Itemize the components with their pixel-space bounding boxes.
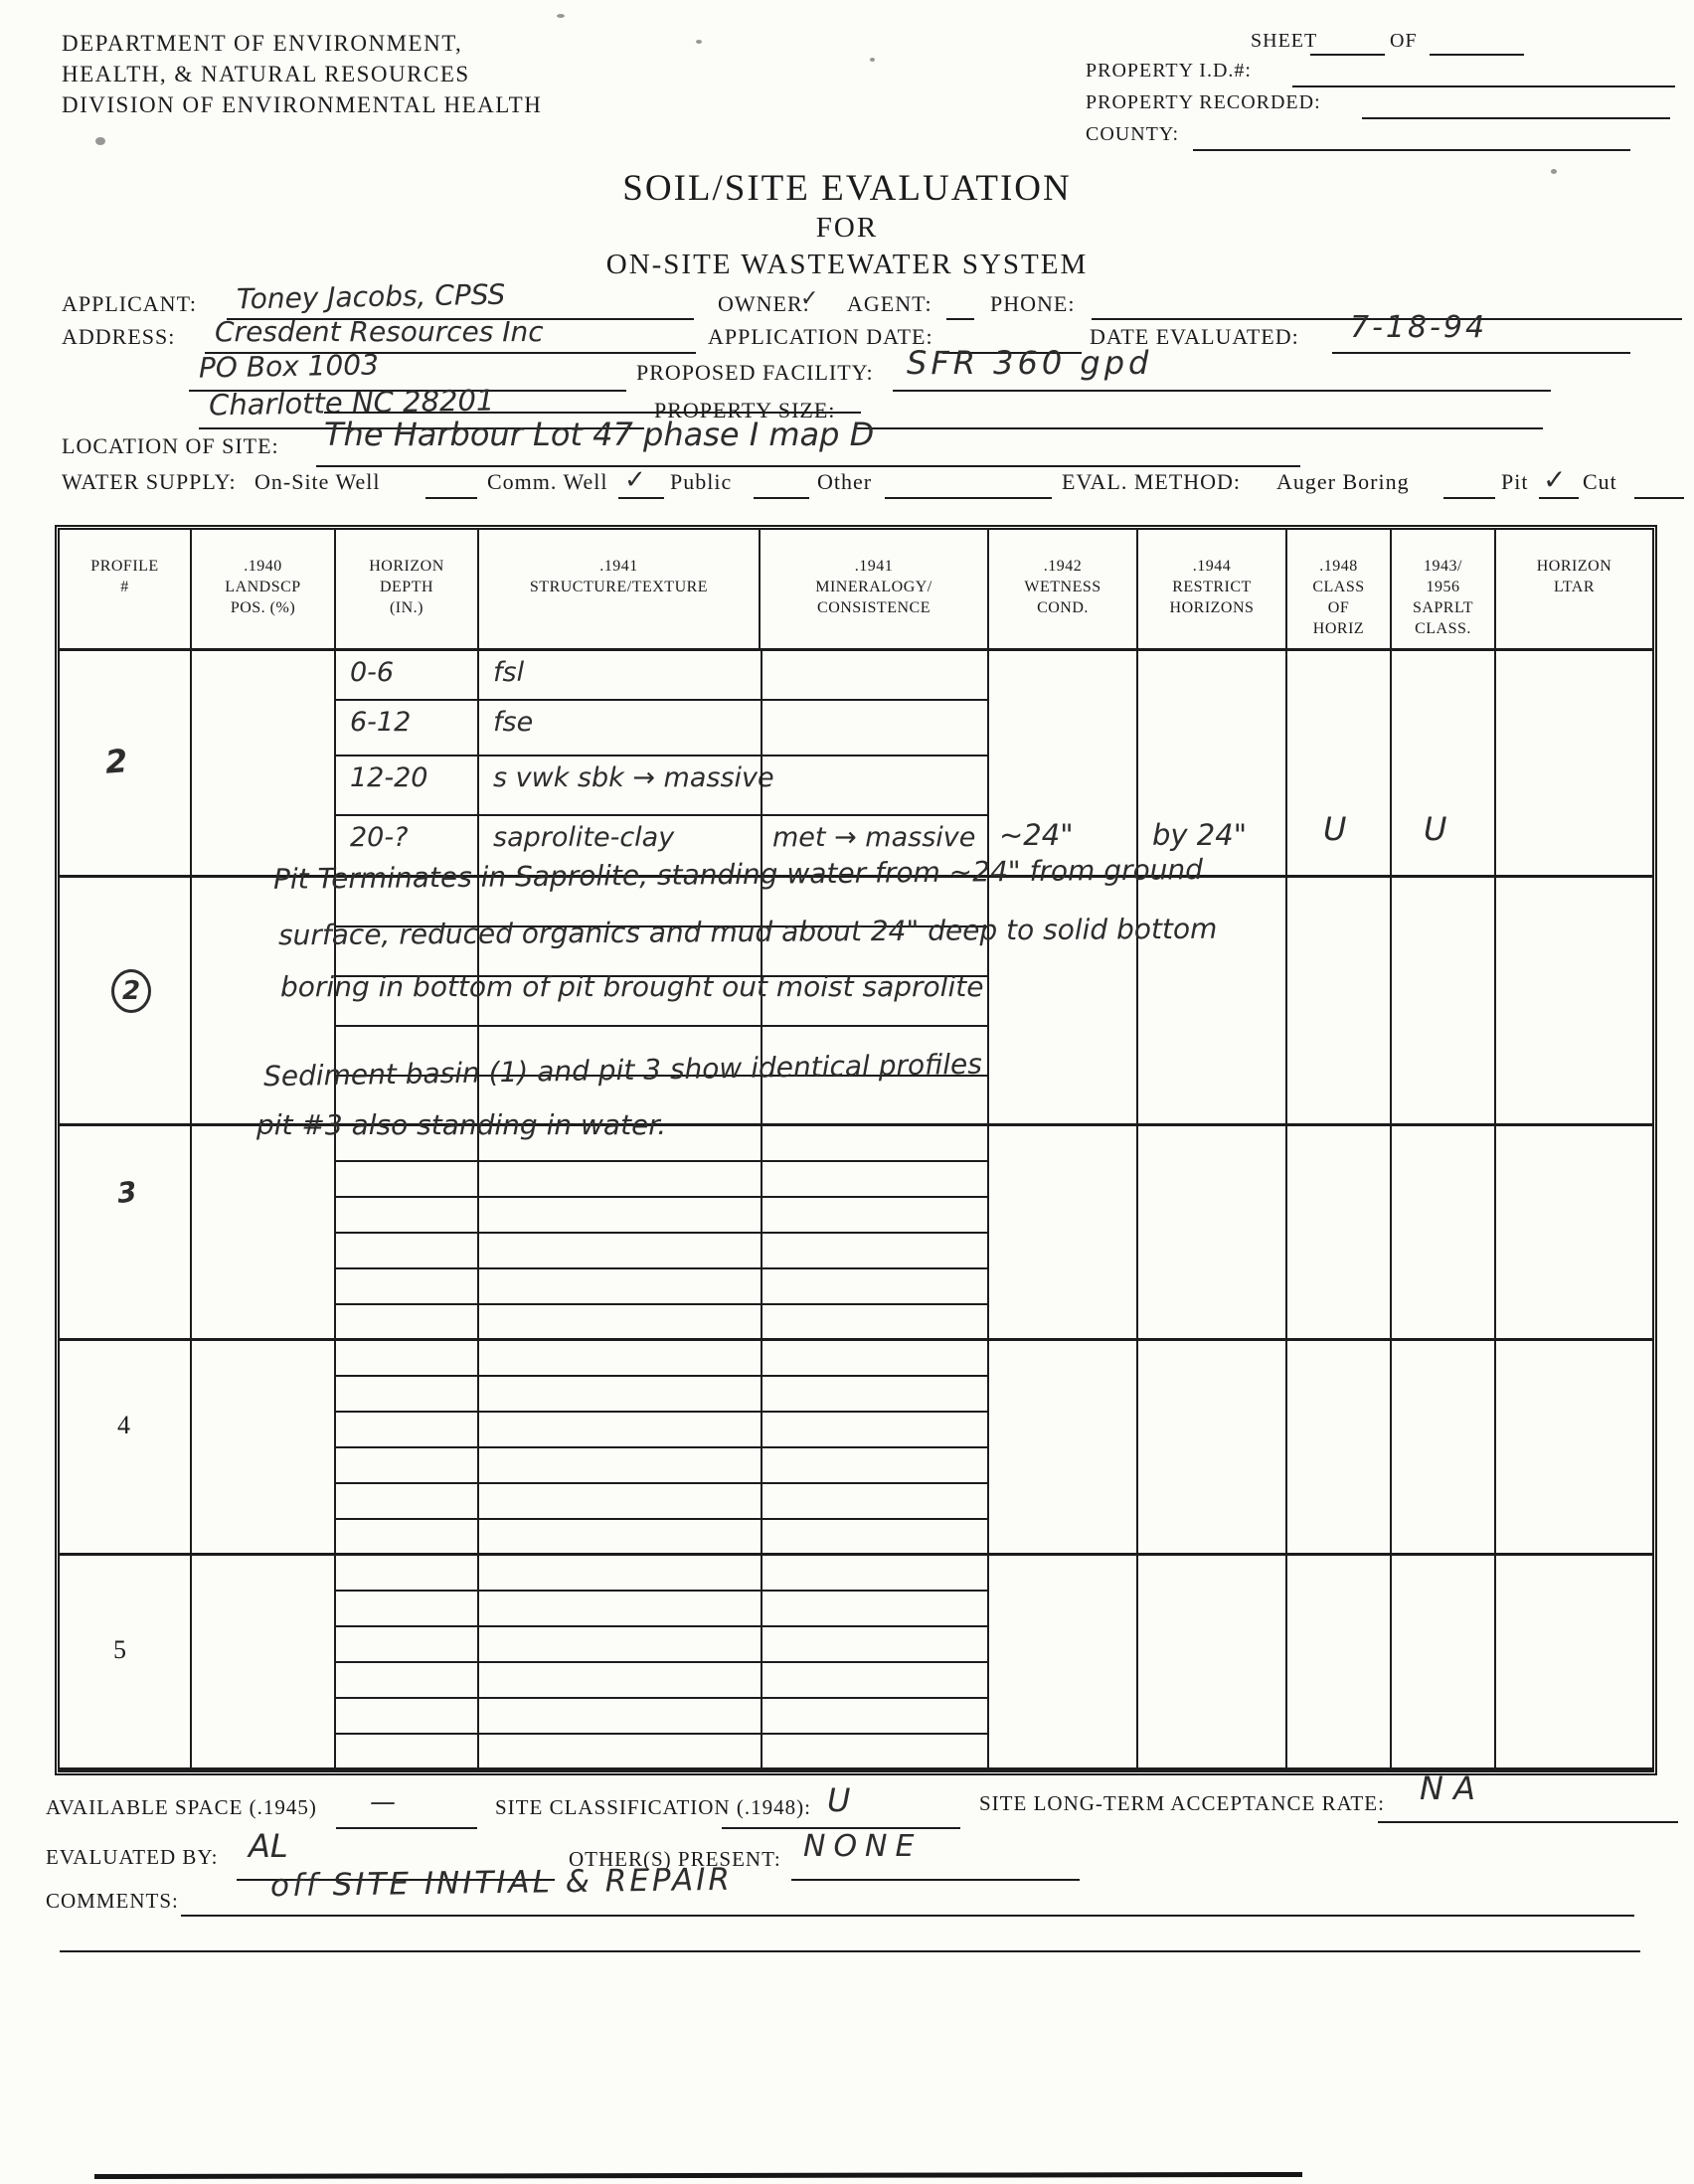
property-size-blank	[857, 427, 1543, 429]
profile-2-class-cell	[1287, 878, 1392, 1123]
table-header-row: PROFILE # .1940 LANDSCP POS. (%) HORIZON…	[60, 530, 1652, 651]
col-header-restrict: .1944 RESTRICT HORIZONS	[1138, 530, 1287, 648]
depth-value: 12-20	[350, 762, 427, 793]
profile-block-5: 5	[60, 1556, 1652, 1770]
profile-2-saprolite-cell	[1392, 878, 1496, 1123]
applicant-label: APPLICANT:	[62, 291, 197, 317]
comments-blank	[181, 1915, 1634, 1917]
onsite-well-blank	[425, 497, 477, 499]
profile-5-saprolite-cell	[1392, 1556, 1496, 1767]
profile-number: 2	[104, 742, 129, 780]
scanned-soil-evaluation-form: DEPARTMENT OF ENVIRONMENT, HEALTH, & NAT…	[0, 0, 1694, 2184]
scan-speck	[696, 40, 702, 44]
comm-well-label: Comm. Well	[487, 469, 608, 495]
profile-5-ltar-cell	[1496, 1556, 1652, 1767]
pit-label: Pit	[1501, 469, 1528, 495]
col-header-saprolite: 1943/ 1956 SAPRLT CLASS.	[1392, 530, 1496, 648]
property-recorded-blank	[1362, 117, 1670, 119]
profile-5-wetness-cell	[989, 1556, 1138, 1767]
water-supply-label: WATER SUPPLY:	[62, 469, 237, 495]
agent-blank	[946, 318, 974, 320]
profile-3-landscape-cell	[192, 1126, 336, 1338]
agency-line: DIVISION OF ENVIRONMENTAL HEALTH	[62, 89, 542, 120]
stray-line	[324, 412, 861, 414]
pit-blank	[1539, 497, 1579, 499]
form-title: SOIL/SITE EVALUATION	[0, 167, 1694, 210]
property-id-blank	[1292, 85, 1675, 87]
scan-speck	[870, 58, 875, 62]
auger-boring-label: Auger Boring	[1276, 469, 1410, 495]
saprolite-class-value: U	[1424, 810, 1446, 848]
proposed-facility-label: PROPOSED FACILITY:	[636, 360, 874, 386]
comments-value: off SITE INITIAL & REPAIR	[270, 1862, 733, 1904]
profile-1-landscape-cell	[192, 651, 336, 875]
date-evaluated-blank	[1332, 352, 1630, 354]
evaluated-by-label: EVALUATED BY:	[46, 1845, 218, 1870]
profile-3-ltar-cell	[1496, 1126, 1652, 1338]
boring-note: boring in bottom of pit brought out mois…	[280, 970, 983, 1003]
profile-3-saprolite-cell	[1392, 1126, 1496, 1338]
proposed-facility-blank	[893, 390, 1551, 392]
public-label: Public	[670, 469, 732, 495]
scan-edge-artifact	[94, 2172, 1302, 2179]
soil-profile-table: PROFILE # .1940 LANDSCP POS. (%) HORIZON…	[55, 525, 1657, 1775]
form-title-system: ON-SITE WASTEWATER SYSTEM	[0, 249, 1694, 281]
profile-5-number-cell: 5	[60, 1556, 192, 1767]
profile-block-3: 3	[60, 1126, 1652, 1341]
sheet-blank	[1310, 54, 1385, 56]
profile-1-class-cell: U	[1287, 651, 1392, 875]
profile-1-wetness-cell: ~24"	[989, 651, 1138, 875]
sheet-line: SHEET	[1251, 30, 1317, 53]
proposed-facility-value: SFR 360 gpd	[907, 344, 1152, 382]
horizon-row: 0-6 fsl	[336, 651, 987, 701]
comm-well-blank	[618, 497, 664, 499]
profile-5-restrict-cell	[1138, 1556, 1287, 1767]
other-blank	[885, 497, 1052, 499]
cut-blank	[1634, 497, 1684, 499]
profile-4-ltar-cell	[1496, 1341, 1652, 1553]
comm-well-mark: ✓	[624, 465, 646, 495]
col-header-mineralogy: .1941 MINERALOGY/ CONSISTENCE	[761, 530, 989, 648]
ltar-value: N A	[1420, 1769, 1475, 1807]
structure-value: fsl	[493, 657, 524, 688]
others-present-blank	[791, 1879, 1080, 1881]
ltar-blank	[1378, 1821, 1678, 1823]
ltar-label: SITE LONG-TERM ACCEPTANCE RATE:	[979, 1791, 1385, 1816]
agency-block: DEPARTMENT OF ENVIRONMENT, HEALTH, & NAT…	[62, 28, 542, 120]
owner-mark: ✓	[800, 286, 818, 311]
applicant-value: Toney Jacobs, CPSS	[237, 278, 506, 316]
scan-speck	[95, 137, 105, 145]
profile-4-wetness-cell	[989, 1341, 1138, 1553]
profile-number: 3	[115, 1175, 138, 1210]
col-header-structure: .1941 STRUCTURE/TEXTURE	[479, 530, 761, 648]
location-blank	[316, 465, 1300, 467]
pit3-note: pit #3 also standing in water.	[256, 1108, 666, 1141]
depth-value: 0-6	[350, 657, 394, 688]
other-label: Other	[817, 469, 872, 495]
wetness-value: ~24"	[999, 818, 1074, 852]
available-space-label: AVAILABLE SPACE (.1945)	[46, 1795, 317, 1820]
structure-value: saprolite-clay	[493, 822, 674, 853]
profile-4-horizon-rows	[336, 1341, 989, 1553]
profile-2-number-cell: 2	[60, 878, 192, 1123]
county-blank	[1193, 149, 1630, 151]
form-title-for: FOR	[0, 212, 1694, 245]
depth-value: 6-12	[350, 707, 411, 738]
site-classification-value: U	[827, 1781, 850, 1819]
available-space-value: —	[370, 1787, 396, 1817]
col-header-profile: PROFILE #	[60, 530, 192, 648]
comments-label: COMMENTS:	[46, 1889, 179, 1914]
profile-number: 5	[113, 1635, 127, 1665]
property-recorded-label: PROPERTY RECORDED:	[1086, 91, 1321, 114]
comments-blank-2	[60, 1950, 1640, 1952]
location-value: The Harbour Lot 47 phase I map D	[324, 416, 874, 453]
col-header-wetness: .1942 WETNESS COND.	[989, 530, 1138, 648]
horizon-row: 12-20 s vwk sbk → massive	[336, 756, 987, 816]
agency-line: HEALTH, & NATURAL RESOURCES	[62, 59, 542, 89]
phone-label: PHONE:	[990, 291, 1075, 317]
profile-3-horizon-rows	[336, 1126, 989, 1338]
mineralogy-value: met → massive	[772, 822, 975, 853]
profile-1-ltar-cell	[1496, 651, 1652, 875]
onsite-well-label: On-Site Well	[254, 469, 381, 495]
location-label: LOCATION OF SITE:	[62, 433, 279, 459]
profile-5-landscape-cell	[192, 1556, 336, 1767]
depth-value: 20-?	[350, 822, 408, 853]
profile-1-number-cell: 2	[60, 651, 192, 875]
profile-3-class-cell	[1287, 1126, 1392, 1338]
property-id-label: PROPERTY I.D.#:	[1086, 60, 1252, 83]
evaluated-by-value: AL	[249, 1827, 288, 1865]
profile-3-wetness-cell	[989, 1126, 1138, 1338]
col-header-ltar: HORIZON LTAR	[1496, 530, 1652, 648]
profile-4-saprolite-cell	[1392, 1341, 1496, 1553]
profile-number: 4	[117, 1411, 131, 1440]
agency-line: DEPARTMENT OF ENVIRONMENT,	[62, 28, 542, 59]
address-value: Cresdent Resources Inc	[215, 315, 544, 348]
profile-2-ltar-cell	[1496, 878, 1652, 1123]
available-space-blank	[336, 1827, 477, 1829]
profile-4-class-cell	[1287, 1341, 1392, 1553]
horizon-row: 6-12 fse	[336, 701, 987, 756]
address-line2-value: PO Box 1003	[199, 348, 379, 384]
address-label: ADDRESS:	[62, 324, 175, 350]
profile-3-restrict-cell	[1138, 1126, 1287, 1338]
auger-boring-blank	[1443, 497, 1495, 499]
scan-speck	[557, 14, 565, 18]
agent-label: AGENT:	[847, 291, 932, 317]
profile-block-4: 4	[60, 1341, 1652, 1556]
profile-3-number-cell: 3	[60, 1126, 192, 1338]
col-header-depth: HORIZON DEPTH (IN.)	[336, 530, 479, 648]
eval-method-label: EVAL. METHOD:	[1062, 469, 1241, 495]
profile-block-1: 2 0-6 fsl 6-12 fse 12-20 s vwk sbk → mas…	[60, 651, 1652, 878]
profile-4-number-cell: 4	[60, 1341, 192, 1553]
of-label: OF	[1390, 30, 1418, 53]
site-classification-label: SITE CLASSIFICATION (.1948):	[495, 1795, 811, 1820]
profile-number: 2	[111, 969, 151, 1013]
restrict-value: by 24"	[1152, 818, 1247, 852]
structure-value: fse	[493, 707, 533, 738]
col-header-landscape: .1940 LANDSCP POS. (%)	[192, 530, 336, 648]
profile-1-saprolite-cell: U	[1392, 651, 1496, 875]
profile-1-horizon-rows: 0-6 fsl 6-12 fse 12-20 s vwk sbk → massi…	[336, 651, 989, 875]
structure-value: s vwk sbk → massive	[493, 762, 774, 793]
sheet-label: SHEET	[1251, 30, 1317, 52]
owner-label: OWNER:	[718, 291, 810, 317]
profile-5-class-cell	[1287, 1556, 1392, 1767]
pit-mark: ✓	[1543, 463, 1566, 496]
profile-4-landscape-cell	[192, 1341, 336, 1553]
profile-5-horizon-rows	[336, 1556, 989, 1767]
surface-note: surface, reduced organics and mud about …	[278, 913, 1218, 952]
county-label: COUNTY:	[1086, 123, 1179, 146]
class-of-horiz-value: U	[1323, 810, 1346, 848]
date-evaluated-value: 7-18-94	[1350, 310, 1487, 345]
sheet-of-blank	[1430, 54, 1524, 56]
profile-4-restrict-cell	[1138, 1341, 1287, 1553]
others-present-value: NONE	[803, 1829, 922, 1864]
application-date-label: APPLICATION DATE:	[708, 324, 933, 350]
profile-1-restrict-cell: by 24"	[1138, 651, 1287, 875]
public-blank	[754, 497, 809, 499]
cut-label: Cut	[1583, 469, 1617, 495]
col-header-class: .1948 CLASS OF HORIZ	[1287, 530, 1392, 648]
